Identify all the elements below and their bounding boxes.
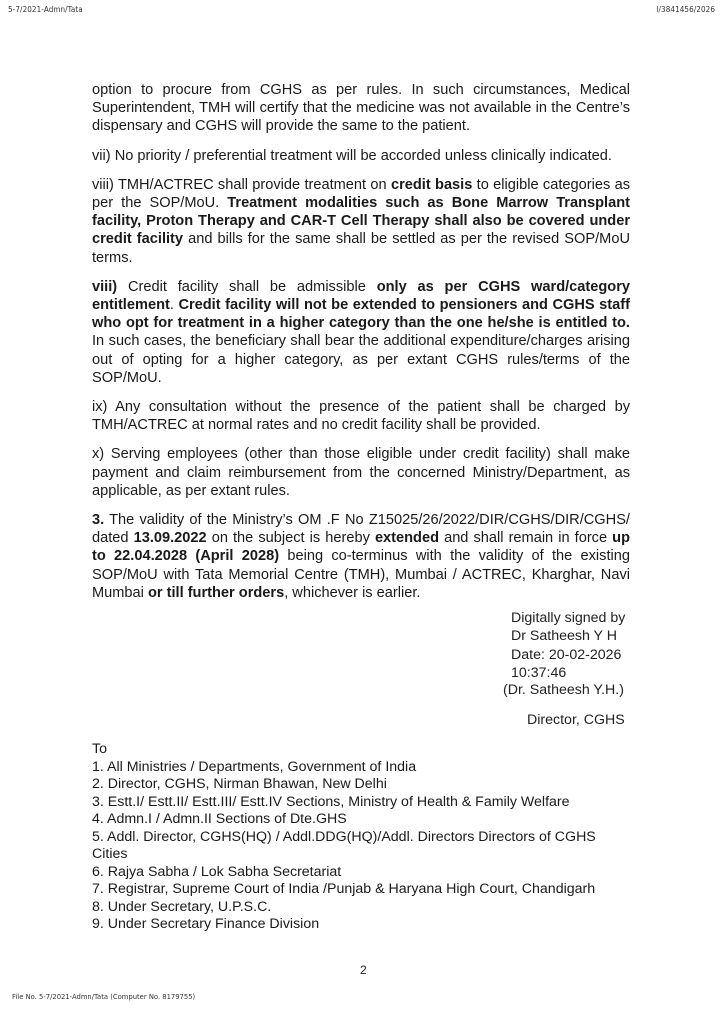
digital-signature-block: Digitally signed by Dr Satheesh Y H Date… — [511, 609, 625, 682]
signature-line-signed-by: Digitally signed by — [511, 609, 625, 627]
paragraph-x: x) Serving employees (other than those e… — [92, 445, 630, 500]
page-number: 2 — [360, 963, 367, 977]
paragraph-text: on the subject is hereby — [207, 530, 375, 546]
recipient-item: 7. Registrar, Supreme Court of India /Pu… — [92, 881, 632, 899]
recipient-item: 6. Rajya Sabha / Lok Sabha Secretariat — [92, 864, 632, 882]
emphasized-text: extended — [375, 530, 439, 546]
emphasized-text: 3. — [92, 512, 104, 528]
emphasized-text: viii) — [92, 279, 117, 295]
paragraph-text: vii) No priority / preferential treatmen… — [92, 148, 612, 164]
signatory-title: Director, CGHS — [527, 712, 625, 728]
document-body: option to procure from CGHS as per rules… — [92, 81, 630, 613]
footer-file-number: File No. 5-7/2021-Admn/Tata (Computer No… — [12, 993, 195, 1001]
paragraph-text: viii) TMH/ACTREC shall provide treatment… — [92, 177, 391, 193]
emphasized-text: 13.09.2022 — [134, 530, 207, 546]
header-document-reference: I/3841456/2026 — [656, 5, 715, 14]
signature-line-date: Date: 20-02-2026 — [511, 646, 625, 664]
recipient-item: 9. Under Secretary Finance Division — [92, 916, 632, 934]
paragraph-text: , whichever is earlier. — [284, 585, 420, 601]
recipient-item: 2. Director, CGHS, Nirman Bhawan, New De… — [92, 776, 632, 794]
recipient-item: 5. Addl. Director, CGHS(HQ) / Addl.DDG(H… — [92, 829, 632, 864]
header-file-reference: 5-7/2021-Admn/Tata — [8, 5, 83, 14]
paragraph-vii: vii) No priority / preferential treatmen… — [92, 147, 630, 165]
recipients-heading: To — [92, 741, 632, 759]
paragraph-para-3: 3. The validity of the Ministry’s OM .F … — [92, 511, 630, 602]
signature-line-signer: Dr Satheesh Y H — [511, 627, 625, 645]
paragraph-text: Credit facility shall be admissible — [117, 279, 377, 295]
paragraph-viii-a: viii) TMH/ACTREC shall provide treatment… — [92, 176, 630, 267]
paragraph-text: and shall remain in force — [439, 530, 612, 546]
recipient-item: 4. Admn.I / Admn.II Sections of Dte.GHS — [92, 811, 632, 829]
paragraph-continuation: option to procure from CGHS as per rules… — [92, 81, 630, 136]
paragraph-viii-b: viii) Credit facility shall be admissibl… — [92, 278, 630, 387]
signatory-name: (Dr. Satheesh Y.H.) — [503, 682, 624, 698]
paragraph-text: ix) Any consultation without the presenc… — [92, 399, 630, 433]
recipient-item: 8. Under Secretary, U.P.S.C. — [92, 899, 632, 917]
recipient-item: 3. Estt.I/ Estt.II/ Estt.III/ Estt.IV Se… — [92, 794, 632, 812]
paragraph-text: In such cases, the beneficiary shall bea… — [92, 333, 630, 385]
recipients-list: To 1. All Ministries / Departments, Gove… — [92, 741, 632, 934]
emphasized-text: credit basis — [391, 177, 472, 193]
paragraph-text: option to procure from CGHS as per rules… — [92, 82, 630, 134]
recipient-item: 1. All Ministries / Departments, Governm… — [92, 759, 632, 777]
paragraph-ix: ix) Any consultation without the presenc… — [92, 398, 630, 434]
paragraph-text: x) Serving employees (other than those e… — [92, 446, 630, 498]
signature-line-time: 10:37:46 — [511, 664, 625, 682]
emphasized-text: or till further orders — [148, 585, 284, 601]
